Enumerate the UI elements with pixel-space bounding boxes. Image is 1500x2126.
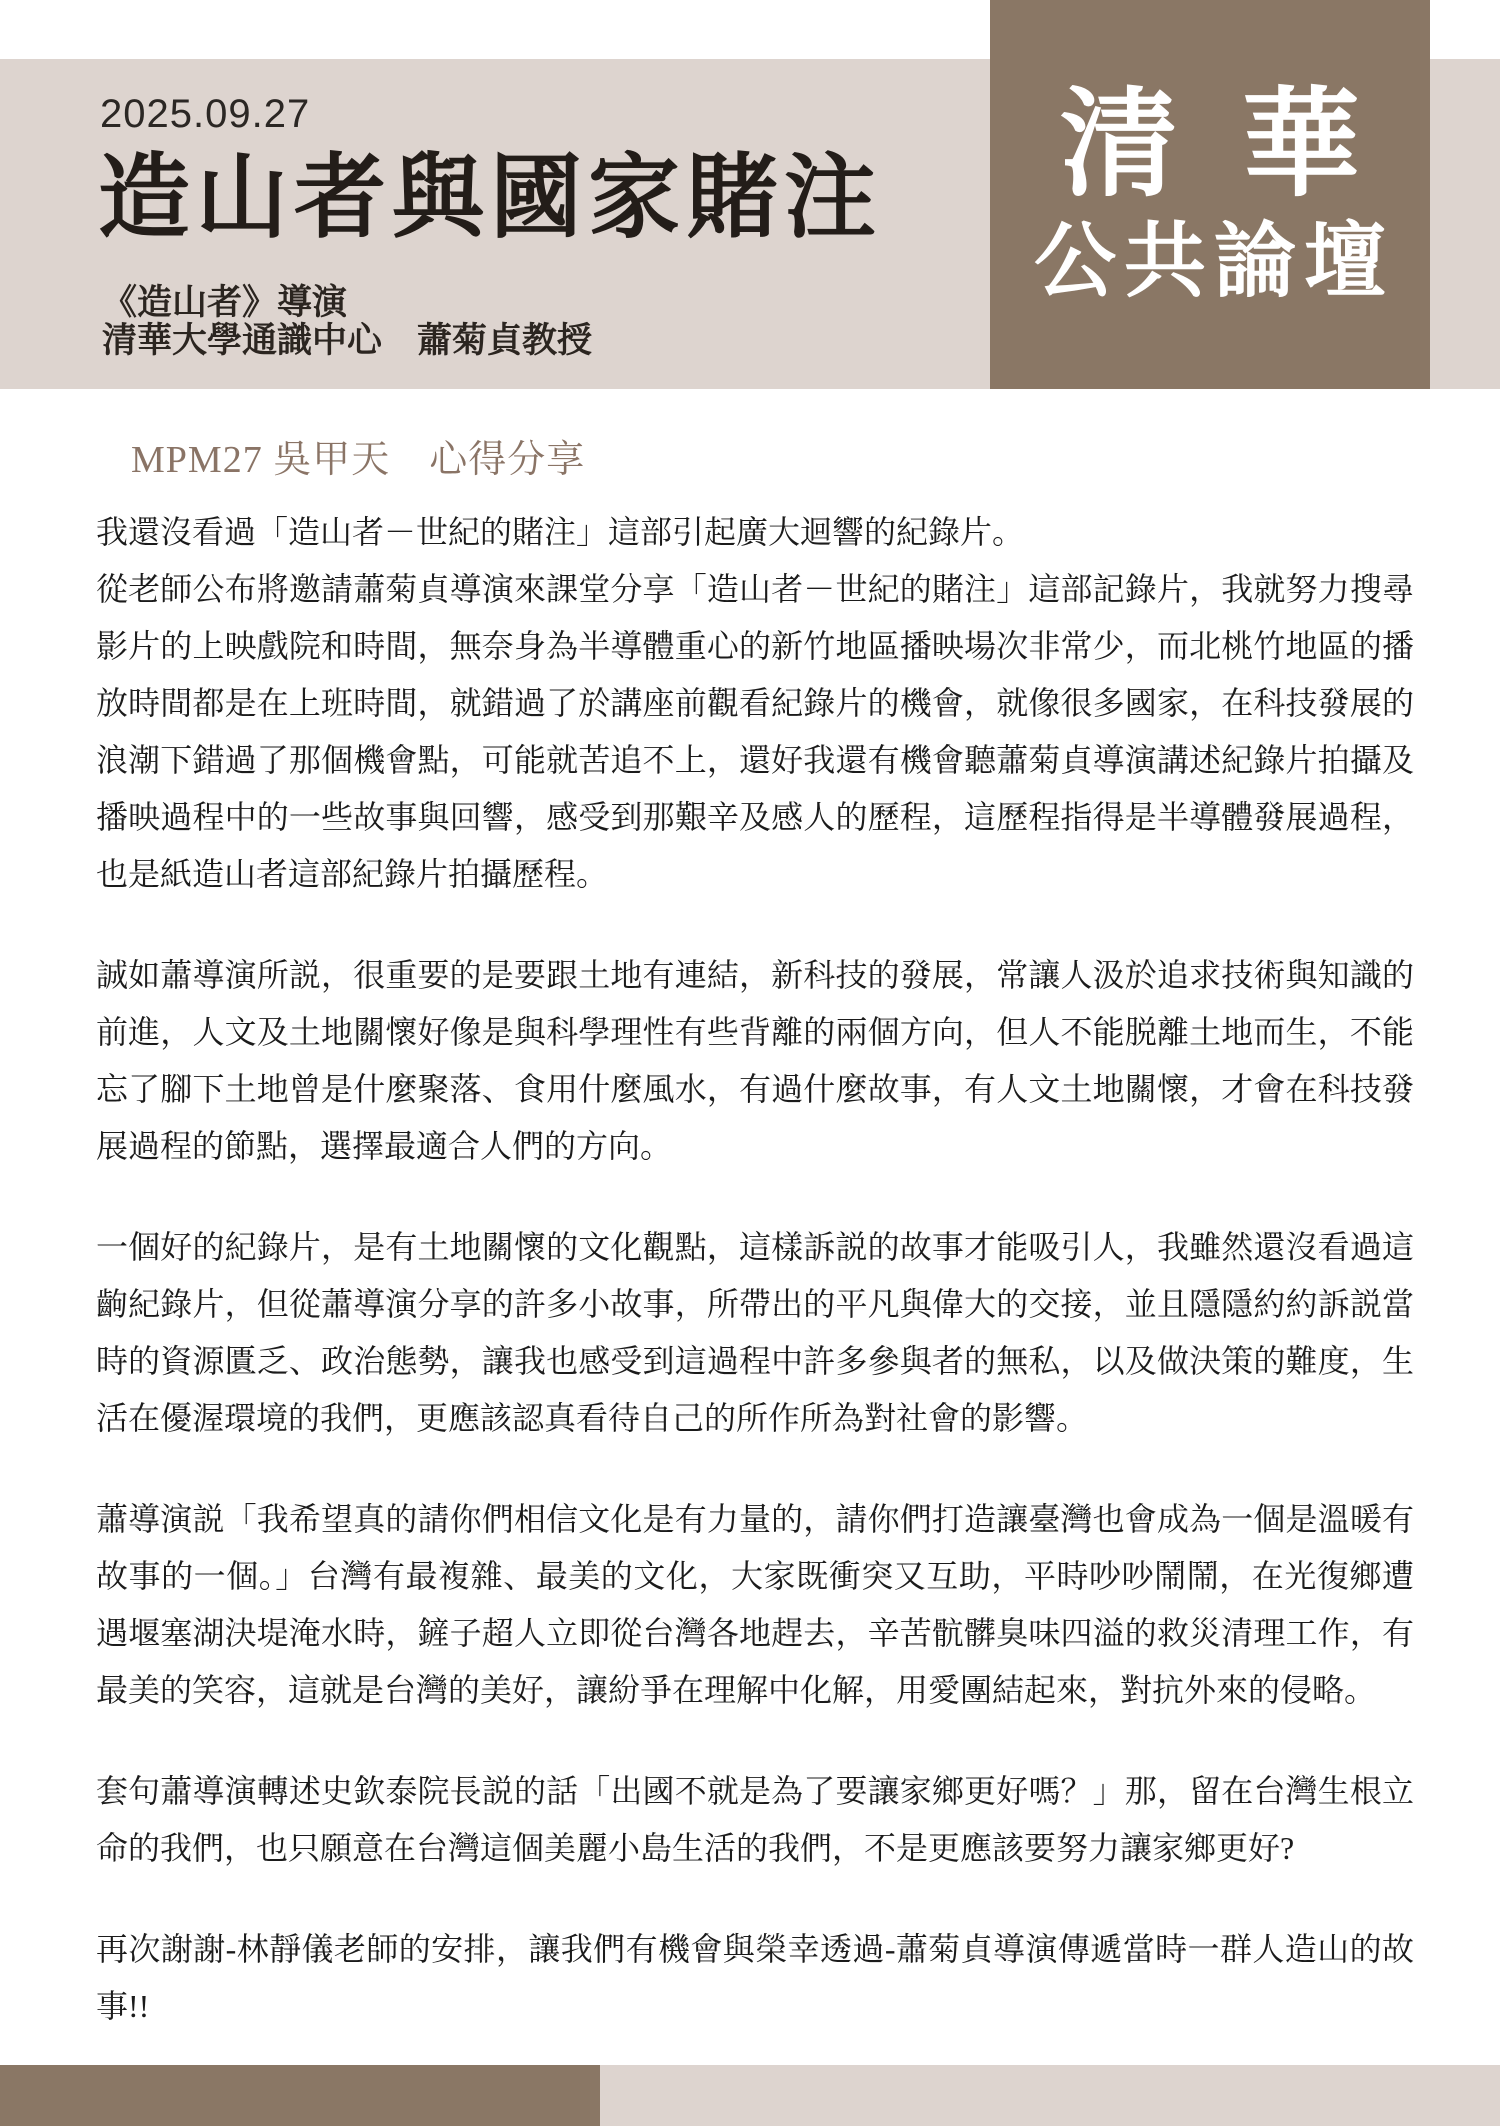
- paragraph-line: 一個好的紀錄片，是有土地關懷的文化觀點，這樣訴説的故事才能吸引人，我雖然還沒看過…: [96, 1219, 1414, 1447]
- paragraph: 誠如蕭導演所説，很重要的是要跟土地有連結，新科技的發展，常讓人汲於追求技術與知識…: [96, 947, 1414, 1175]
- footer-brown-block: [0, 2065, 600, 2126]
- paragraph: 我還沒看過「造山者－世紀的賭注」這部引起廣大迴響的紀錄片。從老師公布將邀請蕭菊貞…: [96, 504, 1414, 903]
- subtitle-affiliation: 清華大學通識中心 蕭菊貞教授: [102, 322, 592, 360]
- page-title: 造山者與國家賭注: [98, 146, 882, 252]
- body-text: 我還沒看過「造山者－世紀的賭注」這部引起廣大迴響的紀錄片。從老師公布將邀請蕭菊貞…: [96, 504, 1414, 2035]
- paragraph: 套句蕭導演轉述史欽泰院長説的話「出國不就是為了要讓家鄉更好嗎？」那，留在台灣生根…: [96, 1763, 1414, 1877]
- paragraph-line: 再次謝謝-林靜儀老師的安排，讓我們有機會與榮幸透過-蕭菊貞導演傳遞當時一群人造山…: [96, 1921, 1414, 2035]
- event-date: 2025.09.27: [100, 92, 310, 137]
- subtitle-film-director: 《造山者》導演: [102, 284, 347, 322]
- document-page: 2025.09.27 造山者與國家賭注 《造山者》導演 清華大學通識中心 蕭菊貞…: [0, 0, 1500, 2126]
- paragraph-line: 從老師公布將邀請蕭菊貞導演來課堂分享「造山者－世紀的賭注」這部記錄片，我就努力搜…: [96, 561, 1414, 903]
- paragraph: 再次謝謝-林靜儀老師的安排，讓我們有機會與榮幸透過-蕭菊貞導演傳遞當時一群人造山…: [96, 1921, 1414, 2035]
- author-byline: MPM27 吳甲天 心得分享: [131, 428, 585, 483]
- paragraph: 一個好的紀錄片，是有土地關懷的文化觀點，這樣訴説的故事才能吸引人，我雖然還沒看過…: [96, 1219, 1414, 1447]
- paragraph-line: 我還沒看過「造山者－世紀的賭注」這部引起廣大迴響的紀錄片。: [96, 504, 1414, 561]
- forum-logo-box: 清華 公共論壇: [990, 0, 1430, 389]
- footer-beige-block: [600, 2065, 1500, 2126]
- forum-logo-line2: 公共論壇: [1034, 221, 1394, 303]
- paragraph-line: 蕭導演説「我希望真的請你們相信文化是有力量的，請你們打造讓臺灣也會成為一個是溫暖…: [96, 1491, 1414, 1719]
- paragraph-line: 誠如蕭導演所説，很重要的是要跟土地有連結，新科技的發展，常讓人汲於追求技術與知識…: [96, 947, 1414, 1175]
- forum-logo-line1: 清華: [1060, 87, 1424, 205]
- paragraph-line: 套句蕭導演轉述史欽泰院長説的話「出國不就是為了要讓家鄉更好嗎？」那，留在台灣生根…: [96, 1763, 1414, 1877]
- paragraph: 蕭導演説「我希望真的請你們相信文化是有力量的，請你們打造讓臺灣也會成為一個是溫暖…: [96, 1491, 1414, 1719]
